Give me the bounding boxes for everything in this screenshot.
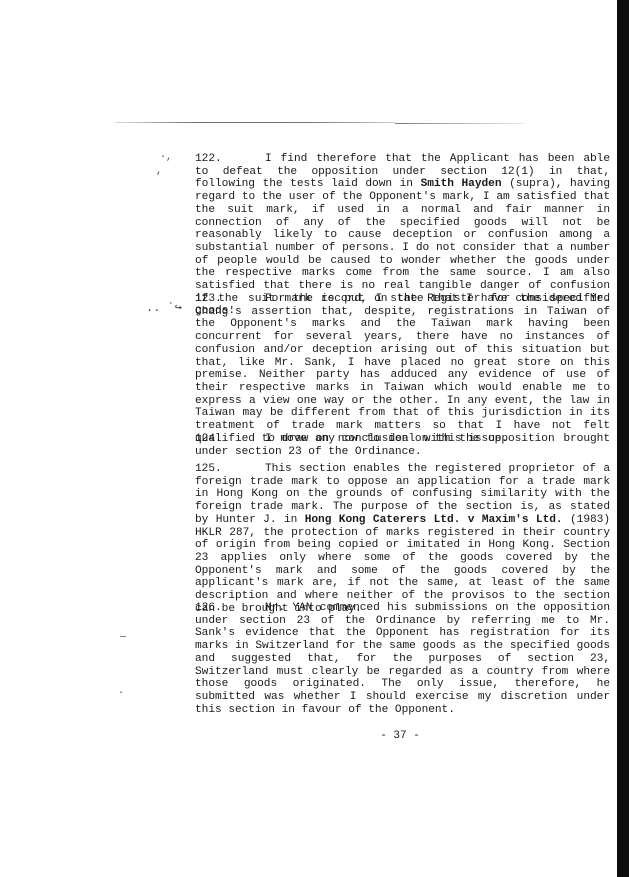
horizontal-rule — [395, 123, 525, 124]
horizontal-rule — [115, 122, 395, 123]
case-citation: Hong Kong Caterers Ltd. v Maxim's Ltd. — [305, 514, 563, 526]
paragraph-124: 124.I move on now to deal with the oppos… — [195, 433, 610, 458]
margin-dash: — — [120, 632, 126, 643]
case-citation: Smith Hayden — [421, 178, 502, 190]
paragraph-number: 123. — [195, 293, 265, 306]
paragraph-123: 123.For the record, I state that I have … — [195, 293, 610, 445]
margin-mark: , — [156, 166, 162, 177]
paragraph-125: 125.This section enables the registered … — [195, 463, 610, 615]
paragraph-number: 124. — [195, 433, 265, 446]
scanned-page-edge — [617, 0, 629, 877]
margin-mark: ·, — [160, 152, 172, 163]
paragraph-number: 122. — [195, 153, 265, 166]
paragraph-number: 125. — [195, 463, 265, 476]
paragraph-126: 126.Mr. YAN commenced his submissions on… — [195, 602, 610, 716]
paragraph-number: 126. — [195, 602, 265, 615]
margin-arrow-annotation: .. ˋ↪ — [146, 300, 182, 315]
margin-mark: . — [118, 686, 124, 697]
page-number: - 37 - — [350, 730, 450, 742]
